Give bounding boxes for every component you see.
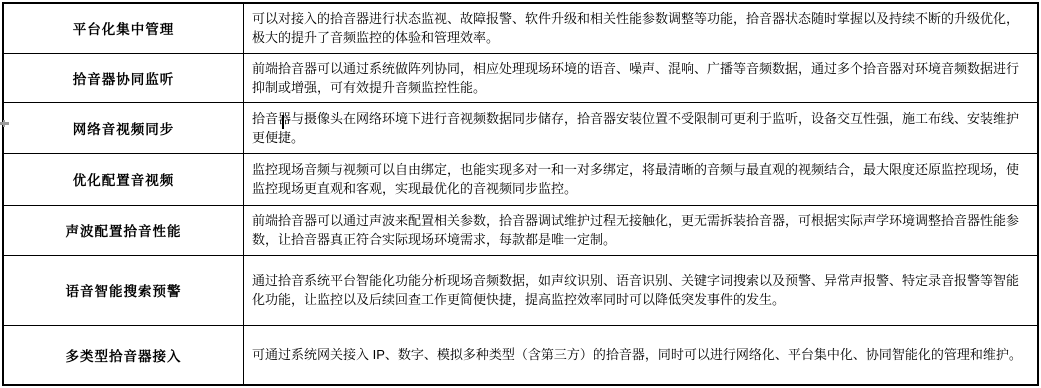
feature-name-cell[interactable]: 平台化集中管理: [3, 3, 244, 53]
table-row: 多类型拾音器接入 可通过系统网关接入 IP、数字、模拟多种类型（含第三方）的拾音…: [3, 325, 1038, 385]
table-row: 拾音器协同监听 前端拾音器可以通过系统做阵列协同，相应处理现场环境的语音、噪声、…: [3, 53, 1038, 102]
feature-name-cell[interactable]: 多类型拾音器接入: [3, 325, 244, 385]
feature-desc-cell[interactable]: 前端拾音器可以通过声波来配置相关参数，拾音器调试维护过程无接触化，更无需拆装拾音…: [244, 205, 1039, 255]
document-page: 平台化集中管理 可以对接入的拾音器进行状态监视、故障报警、软件升级和相关性能参数…: [0, 0, 1041, 388]
feature-desc-cell[interactable]: 通过拾音系统平台智能化功能分析现场音频数据，如声纹识别、语音识别、关键字词搜索以…: [244, 255, 1039, 325]
feature-desc-cell[interactable]: 拾音器与摄像头在网络环境下进行音视频数据同步储存，拾音器安装位置不受限制可更利于…: [244, 102, 1039, 153]
feature-desc-cell[interactable]: 可通过系统网关接入 IP、数字、模拟多种类型（含第三方）的拾音器，同时可以进行网…: [244, 325, 1039, 385]
table-row: 网络音视频同步 拾音器与摄像头在网络环境下进行音视频数据同步储存，拾音器安装位置…: [3, 102, 1038, 153]
feature-table: 平台化集中管理 可以对接入的拾音器进行状态监视、故障报警、软件升级和相关性能参数…: [2, 2, 1039, 386]
feature-desc-cell[interactable]: 可以对接入的拾音器进行状态监视、故障报警、软件升级和相关性能参数调整等功能，拾音…: [244, 3, 1039, 53]
feature-name-cell[interactable]: 拾音器协同监听: [3, 53, 244, 102]
table-row: 声波配置拾音性能 前端拾音器可以通过声波来配置相关参数，拾音器调试维护过程无接触…: [3, 205, 1038, 255]
feature-desc-cell[interactable]: 监控现场音频与视频可以自由绑定，也能实现多对一和一对多绑定，将最清晰的音频与最直…: [244, 153, 1039, 205]
text-caret: [282, 115, 284, 129]
feature-name-cell[interactable]: 网络音视频同步: [3, 102, 244, 153]
table-row: 优化配置音视频 监控现场音频与视频可以自由绑定，也能实现多对一和一对多绑定，将最…: [3, 153, 1038, 205]
feature-name-cell[interactable]: 语音智能搜索预警: [3, 255, 244, 325]
cursor-artifact: [0, 122, 9, 125]
table-row: 平台化集中管理 可以对接入的拾音器进行状态监视、故障报警、软件升级和相关性能参数…: [3, 3, 1038, 53]
table-row: 语音智能搜索预警 通过拾音系统平台智能化功能分析现场音频数据，如声纹识别、语音识…: [3, 255, 1038, 325]
feature-desc-cell[interactable]: 前端拾音器可以通过系统做阵列协同，相应处理现场环境的语音、噪声、混响、广播等音频…: [244, 53, 1039, 102]
feature-name-cell[interactable]: 声波配置拾音性能: [3, 205, 244, 255]
feature-name-cell[interactable]: 优化配置音视频: [3, 153, 244, 205]
